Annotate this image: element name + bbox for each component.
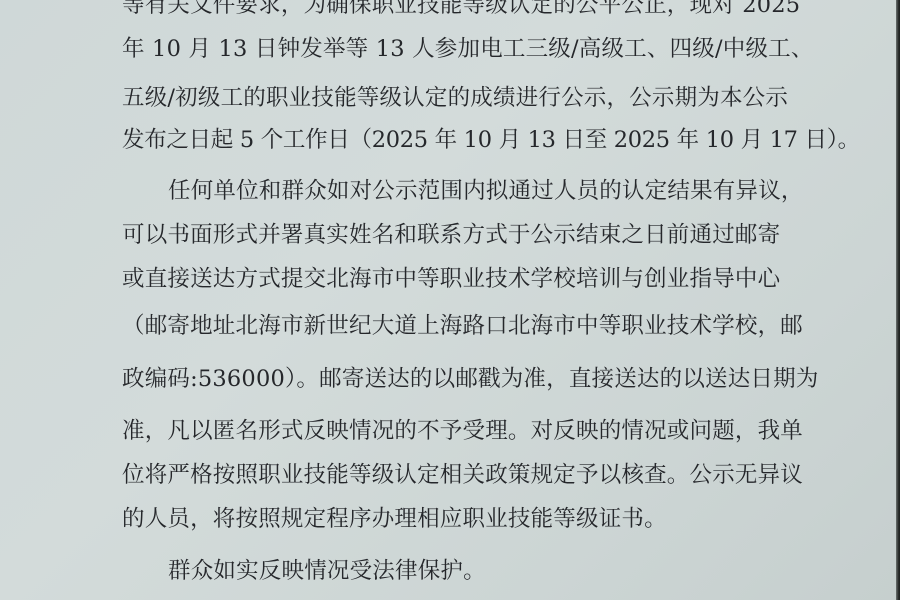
- paper-edge: [896, 0, 900, 600]
- paragraph-2-line-3: 或直接送达方式提交北海市中等职业技术学校培训与创业指导中心: [122, 266, 780, 292]
- paragraph-2-line-8: 的人员，将按照规定程序办理相应职业技能等级证书。: [122, 506, 667, 532]
- paragraph-2-line-2: 可以书面形式并署真实姓名和联系方式于公示结束之日前通过邮寄: [122, 222, 780, 248]
- paragraph-2-line-6: 准，凡以匿名形式反映情况的不予受理。对反映的情况或问题，我单: [122, 418, 803, 444]
- paragraph-1-line-3: 五级/初级工的职业技能等级认定的成绩进行公示，公示期为本公示: [122, 85, 788, 111]
- paragraph-2-line-1: 任何单位和群众如对公示范围内拟通过人员的认定结果有异议，: [168, 178, 804, 204]
- paragraph-3-line-1: 群众如实反映情况受法律保护。: [168, 558, 486, 584]
- paragraph-1-line-2: 年 10 月 13 日钟发举等 13 人参加电工三级/高级工、四级/中级工、: [122, 36, 814, 62]
- paragraph-2-line-5: 政编码:536000）。邮寄送达的以邮戳为准，直接送达的以送达日期为: [122, 366, 819, 392]
- document-page: 等有关文件要求，为确保职业技能等级认定的公平公正，现对 2025 年 10 月 …: [0, 0, 896, 600]
- paragraph-1-line-4: 发布之日起 5 个工作日（2025 年 10 月 13 日至 2025 年 10…: [122, 127, 860, 153]
- paragraph-1-line-1: 等有关文件要求，为确保职业技能等级认定的公平公正，现对 2025: [122, 0, 800, 18]
- paragraph-2-line-4: （邮寄地址北海市新世纪大道上海路口北海市中等职业技术学校，邮: [122, 313, 803, 339]
- paragraph-2-line-7: 位将严格按照职业技能等级认定相关政策规定予以核查。公示无异议: [122, 462, 803, 488]
